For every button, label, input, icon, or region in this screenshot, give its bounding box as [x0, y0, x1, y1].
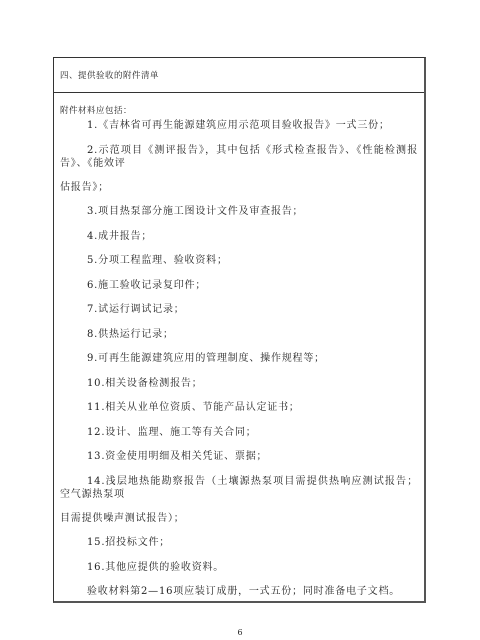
list-item: 6.施工验收记录复印件； [60, 279, 418, 292]
list-item: 1.《吉林省可再生能源建筑应用示范项目验收报告》一式三份； [60, 119, 418, 132]
binding-note: 验收材料第2—16项应装订成册，一式五份；同时准备电子文档。 [60, 585, 418, 598]
list-item: 12.设计、监理、施工等有关合同； [60, 426, 418, 439]
list-item: 9.可再生能源建筑应用的管理制度、操作规程等； [60, 352, 418, 365]
intro-text: 附件材料应包括： [60, 103, 418, 119]
list-item-line1: 2.示范项目《测评报告》，其中包括《形式检查报告》、《性能检测报告》、《能效评 [60, 145, 418, 169]
list-item: 10.相关设备检测报告； [60, 377, 418, 390]
list-item: 4.成井报告； [60, 230, 418, 243]
list-item: 13.资金使用明细及相关凭证、票据； [60, 450, 418, 463]
list-item: 3.项目热泵部分施工图设计文件及审查报告； [60, 205, 418, 218]
attachments-body: 附件材料应包括： 1.《吉林省可再生能源建筑应用示范项目验收报告》一式三份； 2… [54, 93, 424, 598]
list-item-line2: 目需提供噪声测试报告）； [60, 512, 418, 525]
section-header: 四、提供验收的附件清单 [54, 58, 424, 93]
list-item: 11.相关从业单位资质、节能产品认定证书； [60, 401, 418, 414]
list-item: 8.供热运行记录； [60, 328, 418, 341]
attachments-table: 四、提供验收的附件清单 附件材料应包括： 1.《吉林省可再生能源建筑应用示范项目… [53, 57, 426, 603]
list-item: 7.试运行调试记录； [60, 303, 418, 316]
list-item: 15.招投标文件； [60, 536, 418, 549]
page-number: 6 [0, 628, 480, 637]
list-item-line1: 14.浅层地热能勘察报告（土壤源热泵项目需提供热响应测试报告；空气源热泵项 [60, 476, 418, 500]
section-title: 四、提供验收的附件清单 [60, 69, 159, 81]
list-item: 16.其他应提供的验收资料。 [60, 561, 418, 574]
list-item-line2: 估报告》； [60, 181, 418, 194]
list-item: 2.示范项目《测评报告》，其中包括《形式检查报告》、《性能检测报告》、《能效评 … [60, 144, 418, 194]
list-item: 5.分项工程监理、验收资料； [60, 254, 418, 267]
list-item: 14.浅层地热能勘察报告（土壤源热泵项目需提供热响应测试报告；空气源热泵项 目需… [60, 475, 418, 525]
